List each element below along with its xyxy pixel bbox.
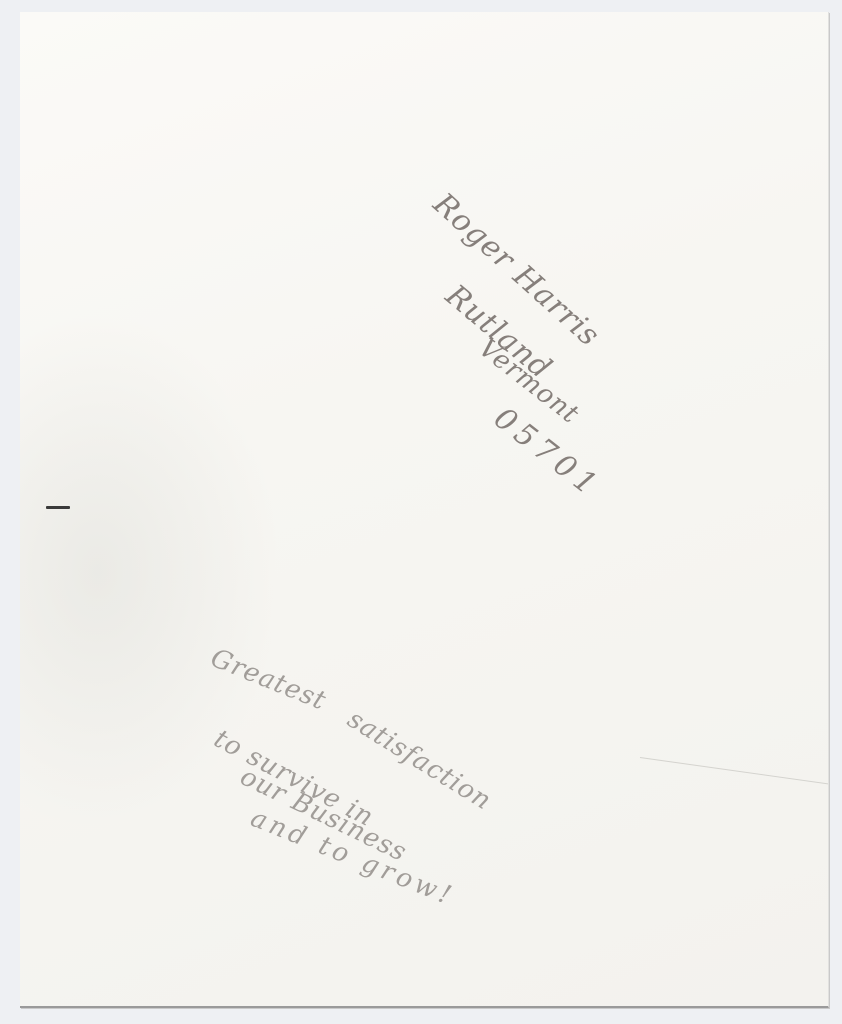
note-line-1: Greatest	[206, 643, 330, 716]
margin-mark	[46, 506, 70, 509]
address-zip: 05701	[487, 401, 607, 506]
photo-back-paper: Roger Harris Rutland Vermont 05701 Great…	[20, 12, 829, 1008]
